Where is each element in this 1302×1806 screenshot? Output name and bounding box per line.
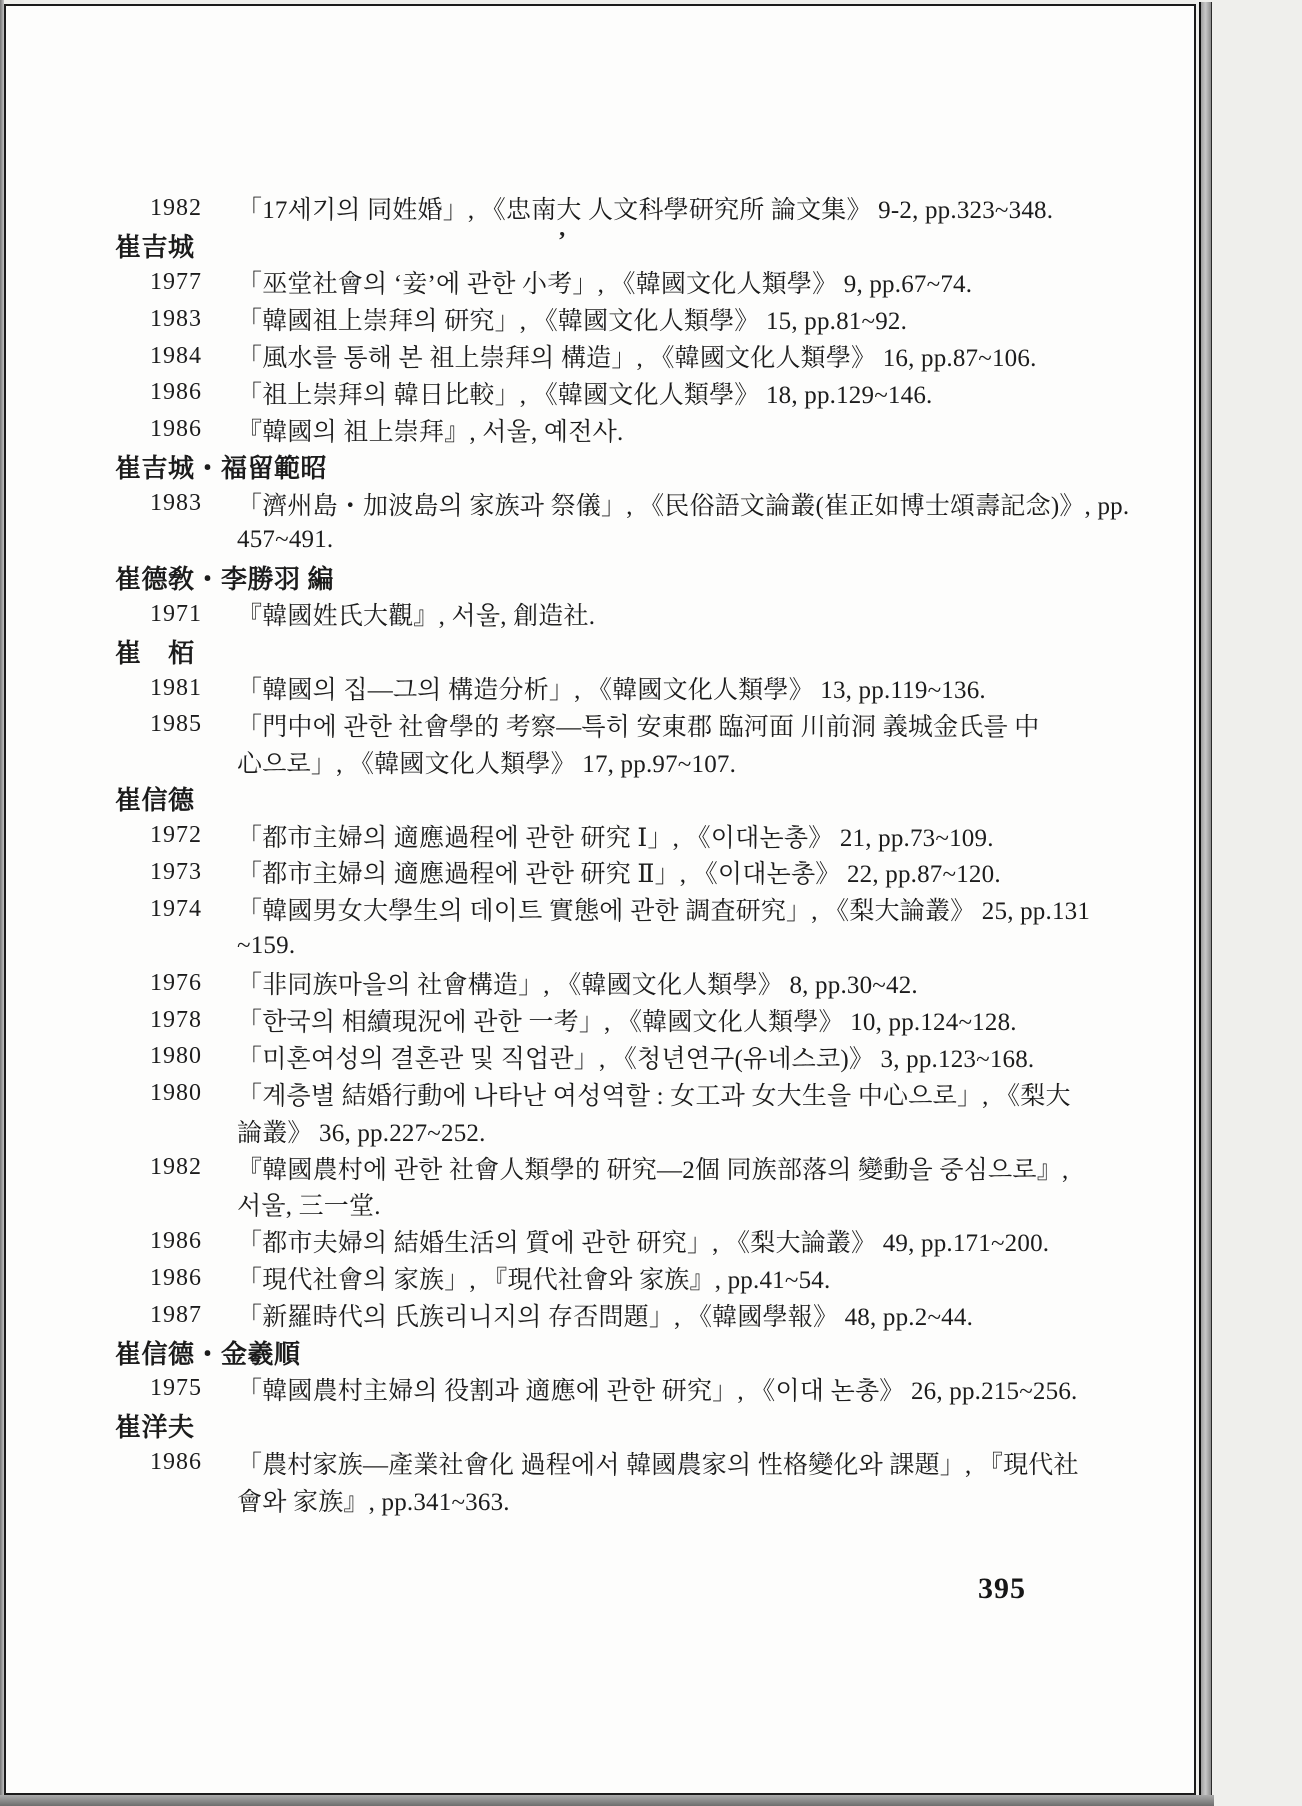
entry-year: 1983	[150, 306, 237, 333]
entry-text: 「계층별 結婚行動에 나타난 여성역할 : 女工과 女大生을 中心으로」, 《梨…	[237, 1076, 1071, 1112]
entry-text: 「17세기의 同姓婚」, 《忠南大 人文科學研究所 論文集》 9-2, pp.3…	[237, 190, 1053, 226]
entry-year: 1980	[150, 1043, 237, 1070]
entry-text: ~159.	[237, 932, 295, 960]
entry-text: 「濟州島・加波島의 家族과 祭儀」, 《民俗語文論叢(崔正如博士頌壽記念)》, …	[237, 486, 1129, 522]
entry-text: 「韓國男女大學生의 데이트 實態에 관한 調査研究」, 《梨大論叢》 25, p…	[237, 891, 1090, 927]
author-name: 崔信德・金羲順	[115, 1334, 301, 1371]
bibliography-text-block: 1982「17세기의 同姓婚」, 《忠南大 人文科學研究所 論文集》 9-2, …	[6, 190, 1196, 1518]
entry-text: 會와 家族』, pp.341~363.	[237, 1482, 510, 1518]
bib-entry-row: 1986「農村家族—產業社會化 過程에서 韓國農家의 性格變化와 課題」, 『現…	[6, 1444, 1196, 1481]
entry-year: 1985	[150, 711, 237, 738]
entry-text: 「風水를 통해 본 祖上崇拜의 構造」, 《韓國文化人類學》 16, pp.87…	[237, 338, 1037, 374]
entry-year: 1980	[150, 1080, 237, 1107]
bib-entry-row: 1986「現代社會의 家族」, 『現代社會와 家族』, pp.41~54.	[6, 1260, 1196, 1297]
bib-entry-row: 1986『韓國의 祖上崇拜』, 서울, 예전사.	[6, 411, 1196, 448]
entry-year: 1986	[150, 1228, 237, 1255]
bib-entry-row: 1980「계층별 結婚行動에 나타난 여성역할 : 女工과 女大生을 中心으로」…	[6, 1075, 1196, 1112]
entry-year: 1971	[150, 601, 237, 628]
bib-entry-row: 1986「都市夫婦의 結婚生活의 質에 관한 研究」, 《梨大論叢》 49, p…	[6, 1223, 1196, 1260]
entry-continuation-line: 서울, 三一堂.	[6, 1186, 1196, 1223]
entry-text: 「新羅時代의 氏族리니지의 存否問題」, 《韓國學報》 48, pp.2~44.	[237, 1297, 973, 1333]
bib-entry-row: 1980「미혼여성의 결혼관 및 직업관」, 《청년연구(유네스코)》 3, p…	[6, 1038, 1196, 1075]
entry-year: 1983	[150, 490, 237, 517]
scan-edge-bottom	[0, 1795, 1214, 1806]
entry-text: 「都市主婦의 適應過程에 관한 研究 Ⅱ」, 《이대논총》 22, pp.87~…	[237, 854, 1001, 890]
scan-edge-left	[0, 0, 4, 1806]
entry-text: 『韓國의 祖上崇拜』, 서울, 예전사.	[237, 412, 623, 448]
author-heading: 崔信德	[6, 780, 1196, 817]
entry-text: 「門中에 관한 社會學的 考察—특히 安東郡 臨河面 川前洞 義城金氏를 中	[237, 707, 1040, 743]
author-heading: 崔信德・金羲順	[6, 1334, 1196, 1371]
author-heading: 崔吉城・福留範昭	[6, 448, 1196, 485]
entry-year: 1977	[150, 269, 237, 296]
author-name: 崔 栢	[115, 633, 195, 670]
entry-year: 1975	[150, 1375, 237, 1402]
entry-text: 서울, 三一堂.	[237, 1186, 381, 1222]
author-name: 崔信德	[115, 780, 195, 817]
entry-text: 心으로」, 《韓國文化人類學》 17, pp.97~107.	[237, 744, 736, 780]
bib-entry-row: 1971『韓國姓氏大觀』, 서울, 創造社.	[6, 596, 1196, 633]
entry-text: 457~491.	[237, 526, 333, 554]
entry-text: 「農村家族—產業社會化 過程에서 韓國農家의 性格變化와 課題」, 『現代社	[237, 1445, 1079, 1481]
entry-continuation-line: 457~491.	[6, 522, 1196, 559]
entry-year: 1987	[150, 1302, 237, 1329]
entry-text: 「韓國의 집—그의 構造分析」, 《韓國文化人類學》 13, pp.119~13…	[237, 670, 986, 706]
bib-entry-row: 1977「巫堂社會의 ‘妾’에 관한 小考」, 《韓國文化人類學》 9, pp.…	[6, 264, 1196, 301]
entry-text: 「巫堂社會의 ‘妾’에 관한 小考」, 《韓國文化人類學》 9, pp.67~7…	[237, 264, 972, 300]
entry-text: 「祖上崇拜의 韓日比較」, 《韓國文化人類學》 18, pp.129~146.	[237, 375, 932, 411]
author-name: 崔吉城	[115, 227, 195, 264]
entry-continuation-line: 會와 家族』, pp.341~363.	[6, 1481, 1196, 1518]
entry-year: 1978	[150, 1007, 237, 1034]
bib-entry-row: 1985「門中에 관한 社會學的 考察—특히 安東郡 臨河面 川前洞 義城金氏를…	[6, 706, 1196, 743]
entry-year: 1984	[150, 343, 237, 370]
book-page-edge	[1199, 2, 1212, 1804]
scan-artifact-mark: ’	[558, 228, 566, 255]
entry-continuation-line: 論叢》 36, pp.227~252.	[6, 1112, 1196, 1149]
bib-entry-row: 1975「韓國農村主婦의 役割과 適應에 관한 研究」, 《이대 논총》 26,…	[6, 1371, 1196, 1408]
entry-year: 1974	[150, 896, 237, 923]
entry-text: 「미혼여성의 결혼관 및 직업관」, 《청년연구(유네스코)》 3, pp.12…	[237, 1039, 1034, 1075]
bib-entry-row: 1987「新羅時代의 氏族리니지의 存否問題」, 《韓國學報》 48, pp.2…	[6, 1297, 1196, 1334]
author-name: 崔德敎・李勝羽 編	[115, 559, 334, 596]
entry-text: 論叢》 36, pp.227~252.	[237, 1113, 486, 1149]
entry-year: 1986	[150, 1265, 237, 1292]
author-heading: 崔洋夫	[6, 1407, 1196, 1444]
bib-entry-row: 1972「都市主婦의 適應過程에 관한 研究 Ⅰ」, 《이대논총》 21, pp…	[6, 817, 1196, 854]
entry-year: 1982	[150, 195, 237, 222]
entry-continuation-line: 心으로」, 《韓國文化人類學》 17, pp.97~107.	[6, 743, 1196, 780]
bib-entry-row: 1982「17세기의 同姓婚」, 《忠南大 人文科學研究所 論文集》 9-2, …	[6, 190, 1196, 227]
entry-year: 1973	[150, 859, 237, 886]
entry-text: 「韓國祖上崇拜의 研究」, 《韓國文化人類學》 15, pp.81~92.	[237, 301, 907, 337]
entry-text: 「現代社會의 家族」, 『現代社會와 家族』, pp.41~54.	[237, 1260, 830, 1296]
entry-text: 「非同族마을의 社會構造」, 《韓國文化人類學》 8, pp.30~42.	[237, 965, 918, 1001]
entry-text: 『韓國農村에 관한 社會人類學的 研究—2個 同族部落의 變動을 중심으로』,	[237, 1150, 1068, 1186]
entry-text: 「한국의 相續現況에 관한 一考」, 《韓國文化人類學》 10, pp.124~…	[237, 1002, 1017, 1038]
bib-entry-row: 1986「祖上崇拜의 韓日比較」, 《韓國文化人類學》 18, pp.129~1…	[6, 374, 1196, 411]
author-name: 崔洋夫	[115, 1407, 195, 1444]
bib-entry-row: 1976「非同族마을의 社會構造」, 《韓國文化人類學》 8, pp.30~42…	[6, 965, 1196, 1002]
bib-entry-row: 1983「韓國祖上崇拜의 研究」, 《韓國文化人類學》 15, pp.81~92…	[6, 301, 1196, 338]
entry-year: 1976	[150, 970, 237, 997]
bib-entry-row: 1973「都市主婦의 適應過程에 관한 研究 Ⅱ」, 《이대논총》 22, pp…	[6, 854, 1196, 891]
bib-entry-row: 1984「風水를 통해 본 祖上崇拜의 構造」, 《韓國文化人類學》 16, p…	[6, 338, 1196, 375]
author-heading: 崔德敎・李勝羽 編	[6, 559, 1196, 596]
scanned-book-page: 1982「17세기의 同姓婚」, 《忠南大 人文科學研究所 論文集》 9-2, …	[0, 0, 1302, 1806]
entry-year: 1972	[150, 822, 237, 849]
author-name: 崔吉城・福留範昭	[115, 448, 327, 485]
bib-entry-row: 1974「韓國男女大學生의 데이트 實態에 관한 調査研究」, 《梨大論叢》 2…	[6, 891, 1196, 928]
page-number: 395	[978, 1572, 1026, 1606]
entry-text: 「都市夫婦의 結婚生活의 質에 관한 研究」, 《梨大論叢》 49, pp.17…	[237, 1223, 1049, 1259]
bib-entry-row: 1983「濟州島・加波島의 家族과 祭儀」, 《民俗語文論叢(崔正如博士頌壽記念…	[6, 485, 1196, 522]
entry-year: 1982	[150, 1154, 237, 1181]
entry-year: 1986	[150, 416, 237, 443]
bib-entry-row: 1982『韓國農村에 관한 社會人類學的 研究—2個 同族部落의 變動을 중심으…	[6, 1149, 1196, 1186]
entry-year: 1986	[150, 379, 237, 406]
entry-text: 『韓國姓氏大觀』, 서울, 創造社.	[237, 596, 595, 632]
entry-text: 「都市主婦의 適應過程에 관한 研究 Ⅰ」, 《이대논총》 21, pp.73~…	[237, 818, 994, 854]
entry-year: 1986	[150, 1449, 237, 1476]
entry-year: 1981	[150, 675, 237, 702]
bib-entry-row: 1978「한국의 相續現況에 관한 一考」, 《韓國文化人類學》 10, pp.…	[6, 1002, 1196, 1039]
author-heading: 崔吉城	[6, 227, 1196, 264]
entry-continuation-line: ~159.	[6, 928, 1196, 965]
bib-entry-row: 1981「韓國의 집—그의 構造分析」, 《韓國文化人類學》 13, pp.11…	[6, 670, 1196, 707]
entry-text: 「韓國農村主婦의 役割과 適應에 관한 研究」, 《이대 논총》 26, pp.…	[237, 1371, 1077, 1407]
author-heading: 崔 栢	[6, 633, 1196, 670]
page-surface: 1982「17세기의 同姓婚」, 《忠南大 人文科學研究所 論文集》 9-2, …	[4, 4, 1196, 1795]
